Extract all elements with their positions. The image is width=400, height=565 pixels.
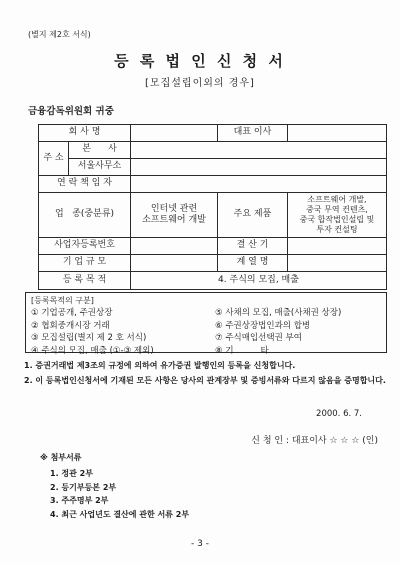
main-products-value: 소프트웨어 개발, 중국 무역 컨텐츠, 중국 합작법인설립 및 투자 컨설팅 <box>288 193 387 238</box>
registration-purpose-label: 등 록 목 적 <box>39 272 131 290</box>
page-number: - 3 - <box>0 539 400 549</box>
table-row: 업 종(중분류) 인터넷 관련 소프트웨어 개발 주요 제품 소프트웨어 개발,… <box>39 193 387 238</box>
purpose-option-8: ⑧ 기 타 <box>215 345 386 358</box>
business-reg-no-label: 사업자등록번호 <box>39 238 131 255</box>
head-office-value <box>131 142 387 159</box>
attachment-item-4: 4. 최근 사업년도 결산에 관한 서류 2부 <box>50 508 189 522</box>
attachment-item-2: 2. 등기부등본 2부 <box>50 481 189 495</box>
head-office-label: 본 사 <box>69 142 131 159</box>
company-size-label: 기 업 규 모 <box>39 255 131 272</box>
attachments-heading: ※ 첨부서류 <box>40 452 189 463</box>
table-row: 회 사 명 대표 이사 <box>39 125 387 142</box>
table-row: 주 소 본 사 <box>39 142 387 159</box>
affiliation-value <box>288 255 387 272</box>
purpose-column-right: ⑤ 사채의 모집, 매출(사채권 상장) ⑥ 주권상장법인과의 합병 ⑦ 주식매… <box>215 307 386 357</box>
purpose-option-6: ⑥ 주권상장법인과의 합병 <box>215 320 386 333</box>
purpose-option-4: ④ 주식의 모집, 매출 (①-③ 제외) <box>31 345 215 358</box>
ceo-value <box>288 125 387 142</box>
purpose-option-2: ② 협회중개시장 거래 <box>31 320 215 333</box>
applicant-signature-line: 신 청 인 : 대표이사 ☆ ☆ ☆ (인) <box>251 433 378 446</box>
page-subtitle: [모집설립이외의 경우] <box>0 74 400 89</box>
purpose-option-7: ⑦ 주식매입선택권 부여 <box>215 332 386 345</box>
declaration-line-2: 2. 이 등록법인신청서에 기재된 모든 사항은 당사의 관계장부 및 증빙서류… <box>24 373 386 388</box>
company-name-value <box>131 125 218 142</box>
main-products-label: 주요 제품 <box>218 193 288 238</box>
table-row: 사업자등록번호 결 산 기 <box>39 238 387 255</box>
business-reg-no-value <box>131 238 218 255</box>
ceo-label: 대표 이사 <box>218 125 288 142</box>
recipient-line: 금융감독위원회 귀중 <box>28 103 114 117</box>
attachments-section: ※ 첨부서류 1. 정관 2부 2. 등기부등본 2부 3. 주주명부 2부 4… <box>40 452 189 521</box>
table-row: 기 업 규 모 계 열 명 <box>39 255 387 272</box>
registration-purpose-value: 4. 주식의 모집, 매출 <box>131 272 387 290</box>
industry-label: 업 종(중분류) <box>39 193 131 238</box>
table-row: 연 락 책 임 자 <box>39 176 387 193</box>
affiliation-label: 계 열 명 <box>218 255 288 272</box>
table-row: 서울사무소 <box>39 159 387 176</box>
form-note: (별지 제2호 서식) <box>28 29 91 40</box>
contact-value <box>131 176 387 193</box>
contact-label: 연 락 책 임 자 <box>39 176 131 193</box>
attachment-item-1: 1. 정관 2부 <box>50 467 189 481</box>
table-row: 등 록 목 적 4. 주식의 모집, 매출 <box>39 272 387 290</box>
fiscal-period-value <box>288 238 387 255</box>
address-label: 주 소 <box>39 142 69 176</box>
fiscal-period-label: 결 산 기 <box>218 238 288 255</box>
declaration-statements: 1. 증권거래법 제3조의 규정에 의하여 유가증권 발행인의 등록을 신청합니… <box>24 358 386 388</box>
declaration-line-1: 1. 증권거래법 제3조의 규정에 의하여 유가증권 발행인의 등록을 신청합니… <box>24 358 386 373</box>
seoul-office-value <box>131 159 387 176</box>
registration-purpose-options-box: [등록목적의 구분] ① 기업공개, 주권상장 ② 협회중개시장 거래 ③ 모집… <box>25 292 387 353</box>
purpose-option-3: ③ 모집설립(별지 제 2 호 서식) <box>31 332 215 345</box>
industry-value: 인터넷 관련 소프트웨어 개발 <box>131 193 218 238</box>
company-info-table: 회 사 명 대표 이사 주 소 본 사 서울사무소 연 락 책 임 자 업 종(… <box>38 124 387 290</box>
purpose-option-1: ① 기업공개, 주권상장 <box>31 307 215 320</box>
purpose-option-5: ⑤ 사채의 모집, 매출(사채권 상장) <box>215 307 386 320</box>
company-name-label: 회 사 명 <box>39 125 131 142</box>
application-date: 2000. 6. 7. <box>316 409 362 419</box>
page-title: 등 록 법 인 신 청 서 <box>0 50 400 71</box>
attachment-item-3: 3. 주주명부 2부 <box>50 494 189 508</box>
purpose-columns: ① 기업공개, 주권상장 ② 협회중개시장 거래 ③ 모집설립(별지 제 2 호… <box>31 307 386 357</box>
document-page: (별지 제2호 서식) 등 록 법 인 신 청 서 [모집설립이외의 경우] 금… <box>0 0 400 565</box>
purpose-column-left: ① 기업공개, 주권상장 ② 협회중개시장 거래 ③ 모집설립(별지 제 2 호… <box>31 307 215 357</box>
seoul-office-label: 서울사무소 <box>69 159 131 176</box>
company-size-value <box>131 255 218 272</box>
purpose-box-heading: [등록목적의 구분] <box>31 295 386 306</box>
